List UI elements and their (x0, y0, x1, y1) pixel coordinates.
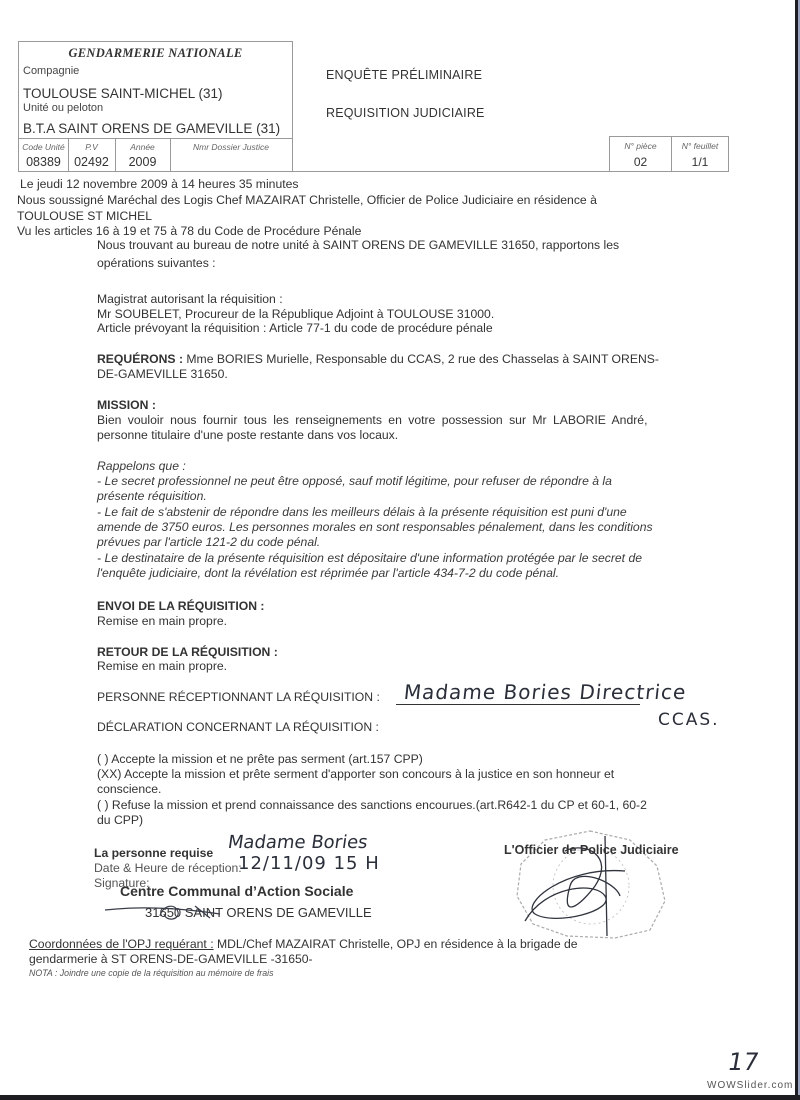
piece-label: N° pièce (610, 141, 671, 151)
coordonnees-label: Coordonnées de l'OPJ requérant : (29, 937, 214, 951)
declaration-option-no-oath: ( ) Accepte la mission et ne prête pas s… (97, 752, 423, 766)
coordonnees-value: MDL/Chef MAZAIRAT Christelle, OPJ en rés… (214, 937, 578, 951)
officer-line-2: TOULOUSE ST MICHEL (17, 209, 152, 223)
nota-text: NOTA : Joindre une copie de la réquisiti… (29, 968, 273, 978)
unite-label: Unité ou peloton (23, 102, 103, 114)
articles-line: Vu les articles 16 à 19 et 75 à 78 du Co… (17, 224, 361, 238)
rappel-line: amende de 3750 euros. Les personnes mora… (97, 520, 653, 534)
declaration-option-refuse-cont: du CPP) (97, 813, 143, 827)
requerons-line-2: DE-GAMEVILLE 31650. (97, 367, 228, 381)
annee-label: Année (115, 142, 170, 152)
mission-line-1: Bien vouloir nous fournir tous les rense… (97, 413, 647, 427)
page-edge-bottom (0, 1095, 800, 1100)
rappel-line: - Le fait de s'abstenir de répondre dans… (97, 505, 627, 519)
handwritten-signature-icon (100, 888, 280, 928)
retour-label: RETOUR DE LA RÉQUISITION : (97, 645, 278, 659)
code-unite-label: Code Unité (19, 142, 68, 152)
declaration-option-refuse: ( ) Refuse la mission et prend connaissa… (97, 798, 647, 812)
envoi-label: ENVOI DE LA RÉQUISITION : (97, 599, 264, 613)
date-line: Le jeudi 12 novembre 2009 à 14 heures 35… (20, 177, 298, 191)
code-unite-value: 08389 (19, 155, 68, 169)
declaration-option-oath-cont: conscience. (97, 782, 161, 796)
rappel-line: l'enquête judiciaire, dont la révélation… (97, 566, 559, 580)
location-line-1: Nous trouvant au bureau de notre unité à… (97, 238, 619, 252)
unite-value: B.T.A SAINT ORENS DE GAMEVILLE (31) (23, 121, 280, 136)
compagnie-value: TOULOUSE SAINT-MICHEL (31) (23, 86, 223, 101)
feuillet-label: N° feuillet (672, 141, 728, 151)
pv-value: 02492 (68, 155, 115, 169)
pv-label: P.V (68, 142, 115, 152)
page-number-handwritten: 17 (726, 1048, 761, 1076)
rappel-line: - Le secret professionnel ne peut être o… (97, 474, 612, 488)
location-line-2: opérations suivantes : (97, 256, 216, 270)
watermark: WOWSlider.com (707, 1080, 793, 1091)
gendarmerie-header-box: GENDARMERIE NATIONALE Compagnie TOULOUSE… (18, 41, 293, 172)
magistrat-label: Magistrat autorisant la réquisition : (97, 292, 283, 306)
mission-label: MISSION : (97, 398, 156, 412)
declaration-option-oath: (XX) Accepte la mission et prête serment… (97, 767, 614, 781)
dossier-justice-label: Nmr Dossier Justice (170, 142, 292, 152)
document-title-enquete: ENQUÊTE PRÉLIMINAIRE (326, 68, 482, 82)
feuillet-value: 1/1 (672, 155, 728, 169)
coordonnees-line-2: gendarmerie à ST ORENS-DE-GAMEVILLE -316… (29, 952, 313, 966)
reception-handwritten-2: CCAS. (658, 710, 720, 730)
coordonnees-line-1: Coordonnées de l'OPJ requérant : MDL/Che… (29, 937, 578, 951)
rappel-line: présente réquisition. (97, 489, 207, 503)
personne-requise-handwritten: Madame Bories (227, 832, 370, 853)
retour-value: Remise en main propre. (97, 659, 227, 673)
officier-label: L'Officier de Police Judiciaire (504, 843, 679, 857)
envoi-value: Remise en main propre. (97, 614, 227, 628)
requerons-line-1: REQUÉRONS : Mme BORIES Murielle, Respons… (97, 352, 659, 366)
header-grid-line (19, 138, 292, 139)
requerons-label: REQUÉRONS : (97, 352, 183, 366)
officer-line-1: Nous soussigné Maréchal des Logis Chef M… (17, 193, 597, 207)
piece-feuillet-box: N° pièce 02 N° feuillet 1/1 (609, 136, 729, 172)
piece-value: 02 (610, 155, 671, 169)
rappel-label: Rappelons que : (97, 459, 186, 473)
personne-requise-label: La personne requise (94, 846, 213, 860)
compagnie-label: Compagnie (23, 65, 79, 77)
reception-handwritten: Madame Bories Directrice (403, 680, 688, 704)
gendarmerie-title: GENDARMERIE NATIONALE (19, 46, 292, 61)
date-reception-label: Date & Heure de réception: (94, 861, 242, 875)
reception-label: PERSONNE RÉCEPTIONNANT LA RÉQUISITION : (97, 690, 380, 704)
document-title-requisition: REQUISITION JUDICIAIRE (326, 106, 485, 120)
annee-value: 2009 (115, 155, 170, 169)
requerons-value: Mme BORIES Murielle, Responsable du CCAS… (183, 352, 659, 366)
magistrat-name: Mr SOUBELET, Procureur de la République … (97, 307, 494, 321)
mission-line-2: personne titulaire d'une poste restante … (97, 428, 398, 442)
rappel-line: prévues par l'article 121-2 du code péna… (97, 535, 320, 549)
date-reception-handwritten: 12/11/09 15 H (238, 853, 380, 874)
reception-underline (396, 704, 640, 705)
rappel-line: - Le destinataire de la présente réquisi… (97, 551, 642, 565)
declaration-label: DÉCLARATION CONCERNANT LA RÉQUISITION : (97, 720, 379, 734)
header-rule (293, 171, 609, 172)
magistrat-article: Article prévoyant la réquisition : Artic… (97, 321, 493, 335)
